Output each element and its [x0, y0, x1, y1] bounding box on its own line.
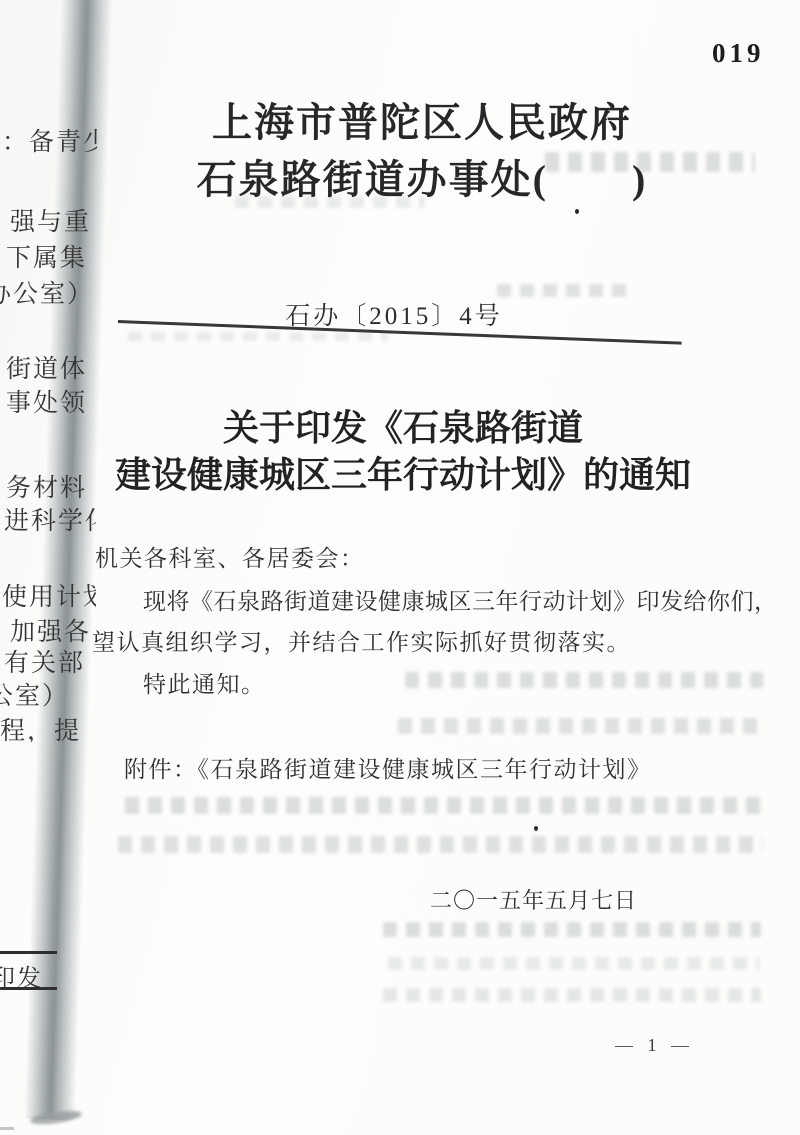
- letterhead: 上海市普陀区人民政府 石泉路街道办事处( ): [22, 94, 800, 208]
- bleed-through-text: [388, 957, 760, 970]
- notice-title-line-2: 建设健康城区三年行动计划》的通知: [3, 451, 800, 498]
- archive-page-stamp: 019: [712, 38, 765, 69]
- body-paragraph-line-1: 现将《石泉路街道建设健康城区三年行动计划》印发给你们，: [143, 583, 778, 616]
- issue-date: 二〇一五年五月七日: [430, 884, 637, 915]
- margin-fragment: 加强各: [10, 612, 105, 643]
- issuing-org-line-2: 石泉路街道办事处( ): [22, 151, 800, 208]
- bleed-through-text: [128, 332, 388, 341]
- margin-fragment: 下属集: [6, 238, 101, 269]
- margin-fragment: 事处领: [6, 383, 101, 414]
- notice-title: 关于印发《石泉路街道 建设健康城区三年行动计划》的通知: [3, 404, 800, 498]
- margin-fragment: 进科学化: [4, 501, 96, 532]
- notice-title-line-1: 关于印发《石泉路街道: [3, 404, 800, 451]
- scan-edge-artifact: [0, 1127, 14, 1130]
- bleed-through-text: [383, 922, 761, 937]
- attachment-line: 附件：《石泉路街道建设健康城区三年行动计划》: [124, 751, 652, 784]
- body-paragraph-line-2: 望认真组织学习，并结合工作实际抓好贯彻落实。: [92, 624, 631, 657]
- margin-fragment: 印发: [0, 958, 62, 989]
- margin-fragment: 有关部: [4, 643, 99, 674]
- issuing-org-line-1: 上海市普陀区人民政府: [22, 94, 800, 151]
- margin-fragment: 使用计划: [2, 577, 96, 608]
- margin-fragment: 街道体: [6, 349, 101, 380]
- bleed-through-text: [125, 797, 763, 814]
- issuance-block-rule-bottom: [0, 987, 57, 990]
- salutation: 机关各科室、各居委会：: [95, 540, 365, 573]
- margin-fragment: 务材料: [6, 468, 101, 499]
- footer-page-number: — 1 —: [615, 1035, 694, 1056]
- ink-speck: [575, 209, 579, 214]
- margin-fragment: 强与重: [10, 202, 105, 233]
- bleed-through-text: [398, 718, 763, 734]
- body-paragraph-line-3: 特此通知。: [143, 666, 266, 699]
- scanned-document-page: 019 上海市普陀区人民政府 石泉路街道办事处( ) 石办〔2015〕4号 关于…: [0, 0, 800, 1135]
- margin-fragment: 办公室）: [0, 274, 95, 305]
- margin-fragment: 程，提: [0, 711, 95, 742]
- ink-speck: [534, 826, 538, 831]
- margin-fragment: ：备青少: [2, 122, 97, 153]
- bleed-through-text: [118, 836, 763, 853]
- bleed-through-text: [405, 672, 763, 688]
- issuance-block-rule-top: [0, 951, 57, 954]
- margin-fragment: 公室）: [0, 676, 95, 707]
- document-number: 石办〔2015〕4号: [0, 296, 794, 332]
- bleed-through-text: [383, 988, 761, 1002]
